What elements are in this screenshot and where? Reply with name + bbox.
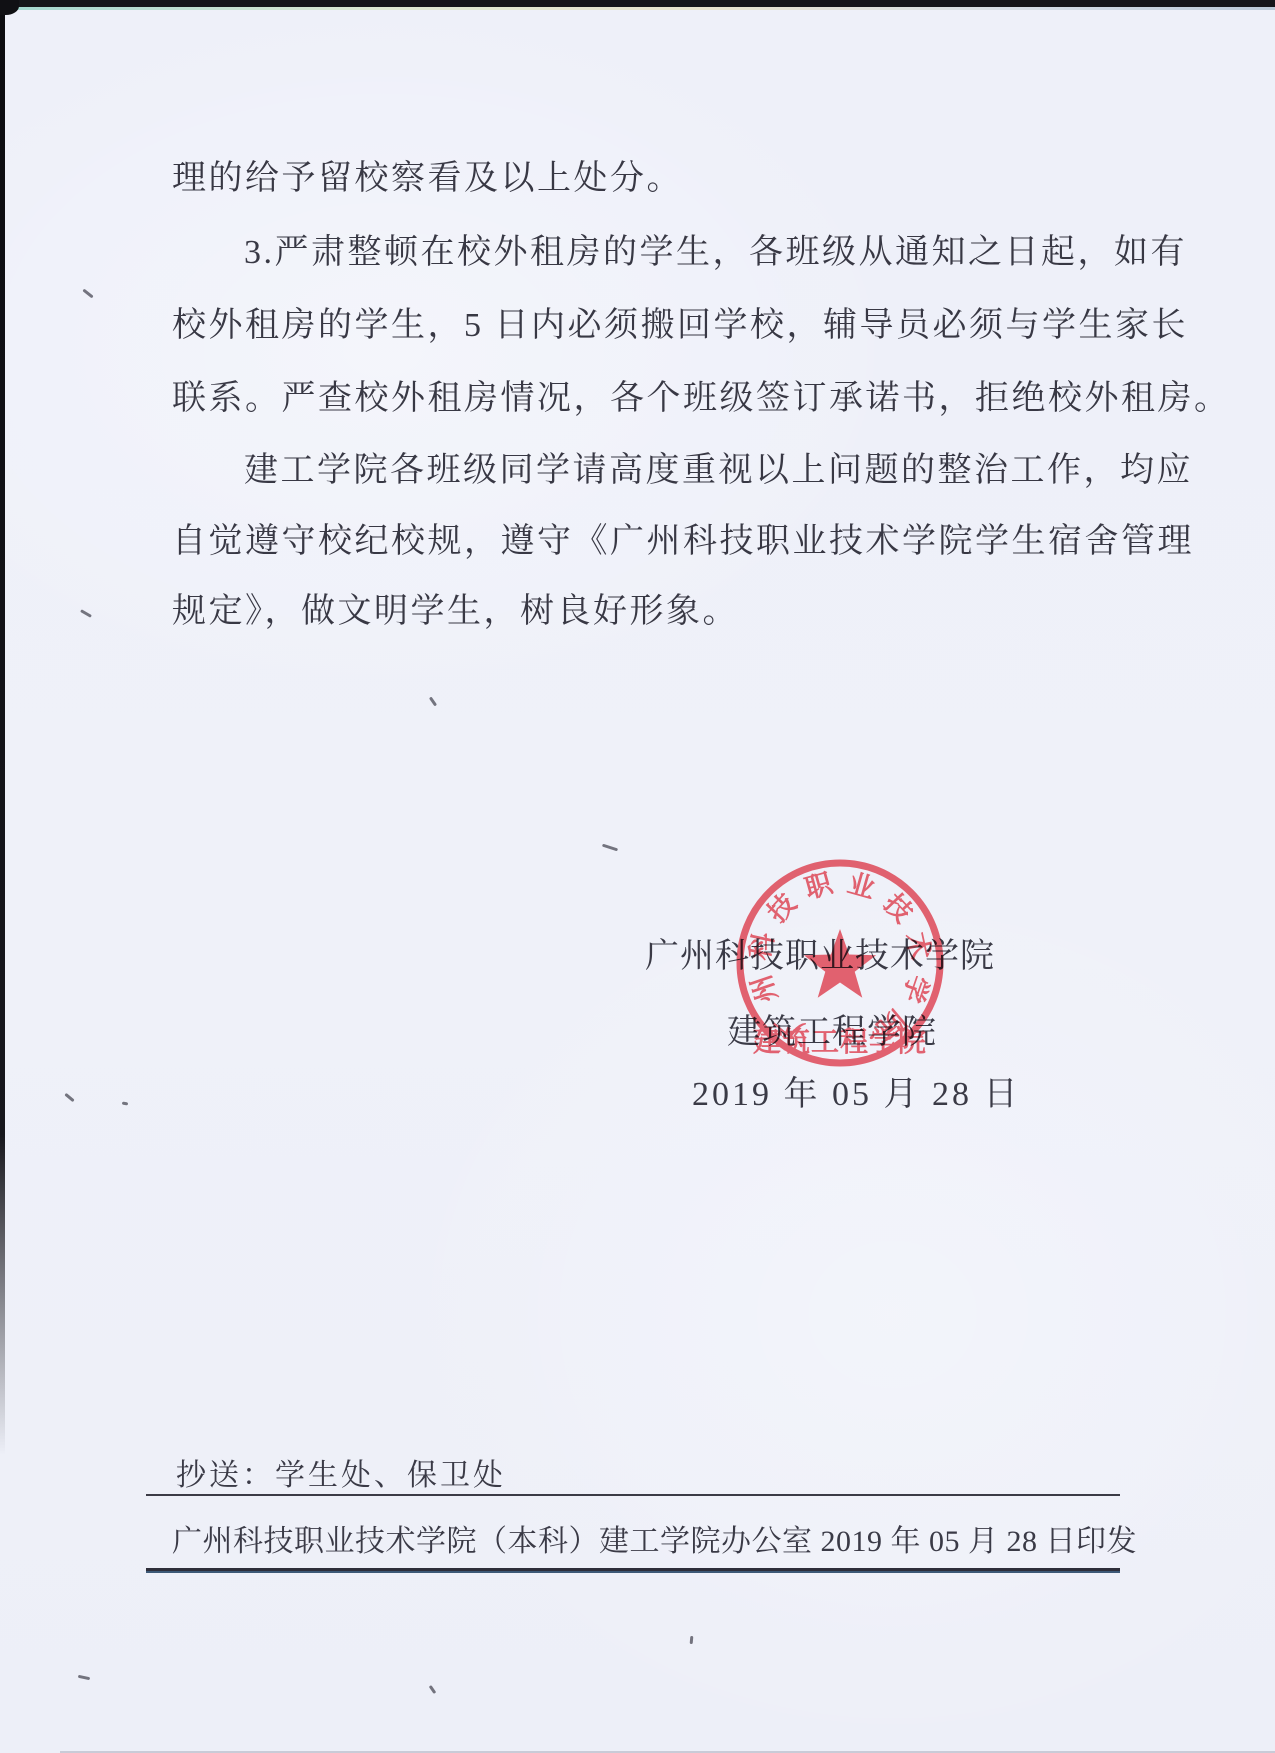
body-line: 3.严肃整顿在校外租房的学生，各班级从通知之日起，如有 [172, 224, 1204, 268]
scan-left-edge-artifact [0, 0, 5, 1455]
scan-speck [80, 609, 92, 618]
scanned-document-page: 理的给予留校察看及以上处分。 3.严肃整顿在校外租房的学生，各班级从通知之日起，… [0, 0, 1275, 1753]
scan-corner-artifact [0, 0, 19, 15]
seal-ring-char: 术 [900, 929, 935, 963]
seal-inner-text: 建筑工程学院 [753, 1026, 927, 1058]
signature-date: 2019 年 05 月 28 日 [692, 1066, 1021, 1115]
scan-speck [122, 1102, 128, 1106]
body-line: 自觉遵守校纪校规，遵守《广州科技职业技术学院学生宿舍管理 [172, 513, 1132, 557]
seal-ring-char: 学 [897, 971, 934, 1006]
scan-speck [690, 1636, 694, 1644]
footer-separator-rule-top [146, 1494, 1120, 1496]
body-line: 理的给予留校察看及以上处分。 [172, 150, 1132, 194]
body-line: 校外租房的学生，5 日内必须搬回学校，辅导员必须与学生家长 [172, 297, 1132, 341]
scan-speck [64, 1093, 74, 1102]
footer-separator-rule-bottom [146, 1568, 1120, 1573]
seal-ring-char: 科 [744, 930, 779, 963]
body-line: 规定》，做文明学生，树良好形象。 [172, 583, 1132, 627]
scan-speck [429, 697, 437, 707]
scan-speck [429, 1685, 437, 1694]
body-line: 联系。严查校外租房情况，各个班级签订承诺书，拒绝校外租房。 [172, 370, 1132, 414]
seal-ring-char: 业 [844, 868, 878, 904]
scan-top-edge-artifact [0, 0, 1275, 7]
body-line: 建工学院各班级同学请高度重视以上问题的整治工作，均应 [172, 442, 1204, 486]
scan-speck [82, 289, 93, 299]
scan-speck [602, 844, 618, 852]
seal-ring-char: 州 [746, 971, 783, 1006]
scan-top-color-line-artifact [0, 7, 1275, 10]
seal-star-icon [804, 929, 876, 998]
issuer-line: 广州科技职业技术学院（本科）建工学院办公室 2019 年 05 月 28 日印发 [172, 1516, 1137, 1560]
cc-line: 抄送：学生处、保卫处 [176, 1450, 506, 1494]
seal-ring-char: 职 [802, 868, 837, 904]
scan-speck [78, 1675, 90, 1680]
official-seal: 广州科技职业技术学院 建筑工程学院 [732, 855, 948, 1071]
